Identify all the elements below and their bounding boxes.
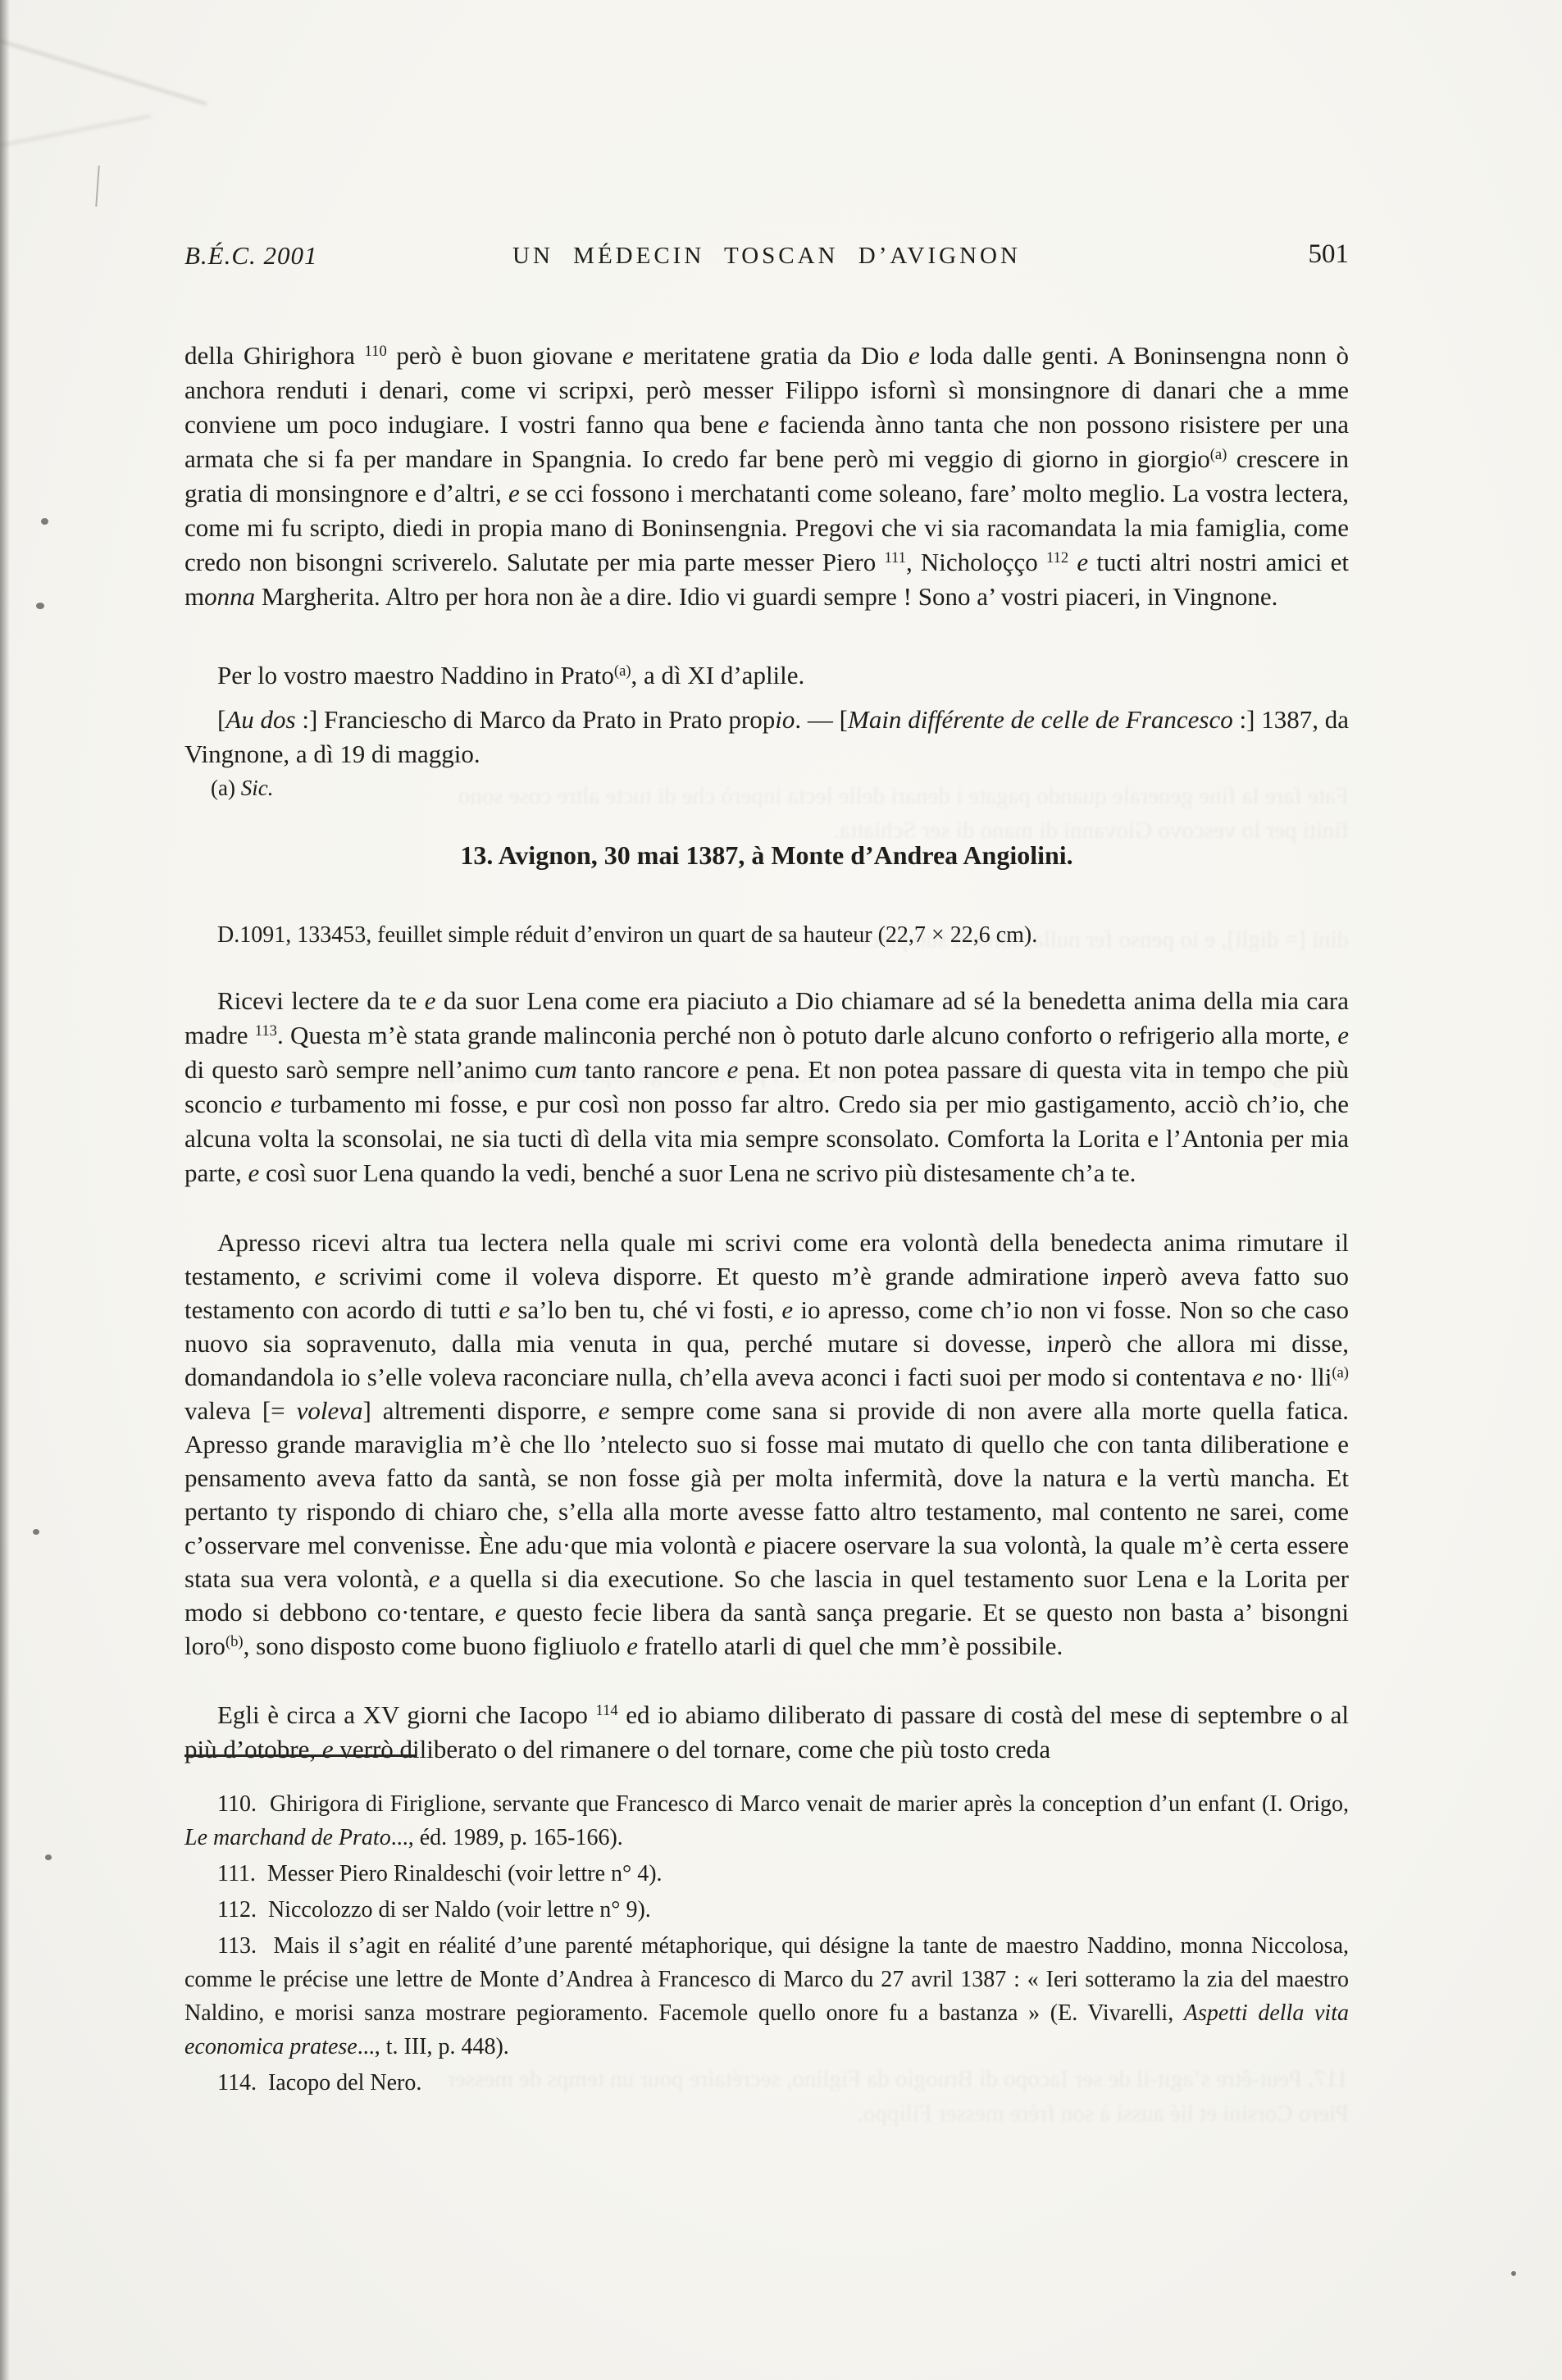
scan-scratch-mark xyxy=(95,166,99,207)
scan-left-edge-shadow xyxy=(0,0,10,2380)
footnote-112: 112. Niccolozzo di ser Naldo (voir lettr… xyxy=(184,1893,1349,1927)
running-title: UN MÉDECIN TOSCAN D’AVIGNON xyxy=(184,243,1349,270)
letter12-body-paragraph: della Ghirighora 110 però è buon giovane… xyxy=(184,339,1349,614)
scan-speck xyxy=(33,1529,39,1535)
paper-crease xyxy=(0,39,207,106)
scan-speck xyxy=(36,603,44,609)
footnote-separator-rule xyxy=(184,1754,416,1757)
footnote-110: 110. Ghirigora di Firiglione, servante q… xyxy=(184,1787,1349,1854)
scan-speck xyxy=(41,518,48,525)
letter12-address-note: [Au dos :] Franciescho di Marco da Prato… xyxy=(184,703,1349,771)
show-through-line: Piero Corsini et lié aussi à son frère m… xyxy=(184,2100,1349,2127)
letter12-apparatus-note: (a) Sic. xyxy=(184,773,1349,803)
letter13-paragraph-1: Ricevi lectere da te e da suor Lena come… xyxy=(184,984,1349,1190)
footnotes-section: 110. Ghirigora di Firiglione, servante q… xyxy=(184,1787,1349,2102)
letter13-paragraph-2: Apresso ricevi altra tua lectera nella q… xyxy=(184,1226,1349,1663)
scanned-journal-page: Fate fare la fine generale quando pagate… xyxy=(0,0,1562,2380)
scan-speck xyxy=(1511,2271,1516,2276)
footnote-111: 111. Messer Piero Rinaldeschi (voir lett… xyxy=(184,1857,1349,1891)
letter13-heading: 13. Avignon, 30 mai 1387, à Monte d’Andr… xyxy=(184,838,1349,872)
letter13-manuscript-description: D.1091, 133453, feuillet simple réduit d… xyxy=(184,918,1349,953)
page-number: 501 xyxy=(1309,239,1350,270)
paper-crease xyxy=(0,115,151,150)
footnote-113: 113. Mais il s’agit en réalité d’une par… xyxy=(184,1929,1349,2064)
running-header: B.É.C. 2001 UN MÉDECIN TOSCAN D’AVIGNON … xyxy=(184,239,1349,274)
footnote-114: 114. Iacopo del Nero. xyxy=(184,2066,1349,2100)
letter12-subscription: Per lo vostro maestro Naddino in Prato(a… xyxy=(184,658,1349,693)
scan-speck xyxy=(45,1854,52,1860)
